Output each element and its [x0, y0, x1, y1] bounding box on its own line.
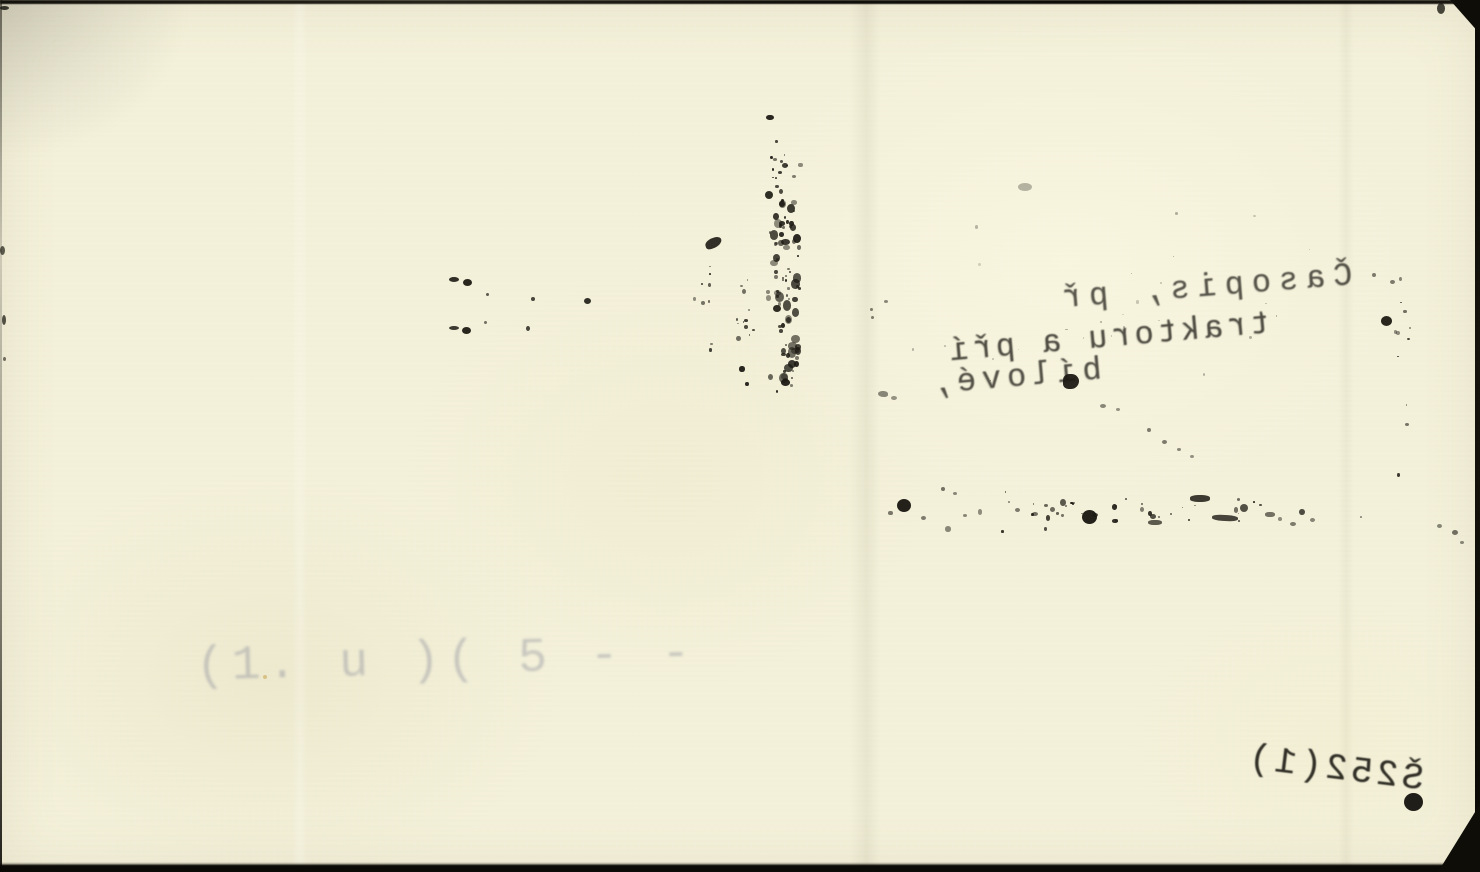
ink-speck	[1460, 541, 1464, 544]
ink-speck	[1141, 503, 1143, 504]
ink-speck	[1115, 519, 1118, 522]
ink-speck	[795, 344, 801, 349]
ink-speck	[795, 347, 800, 352]
ink-speck	[1032, 512, 1038, 516]
ink-speck	[788, 347, 797, 357]
ink-speck	[1240, 504, 1248, 512]
ink-speck	[978, 263, 981, 266]
ink-speck	[783, 300, 792, 311]
ink-speck	[0, 6, 9, 10]
ink-speck	[1175, 212, 1178, 215]
ink-speck	[773, 158, 777, 161]
ink-speck	[884, 300, 888, 303]
ink-speck	[1150, 514, 1156, 519]
ink-speck	[1008, 501, 1011, 503]
ink-speck	[708, 283, 711, 287]
scan-corner-bottom-right	[1438, 804, 1480, 872]
ink-speck	[797, 245, 801, 250]
ink-speck	[740, 285, 743, 287]
ink-speck	[785, 315, 792, 323]
ink-speck	[1452, 530, 1458, 535]
ink-speck	[793, 273, 801, 282]
bleed-text-line-3: bílové,	[901, 351, 1103, 405]
corner-smudge	[0, 0, 190, 160]
ink-speck	[798, 163, 802, 166]
ink-speck	[792, 239, 797, 245]
ink-speck	[781, 353, 786, 357]
ink-speck	[1044, 527, 1048, 531]
ink-speck	[776, 290, 779, 293]
ink-speck	[978, 509, 982, 514]
ink-speck	[1100, 404, 1106, 408]
ink-speck	[870, 308, 873, 311]
ink-speck	[776, 258, 779, 261]
ink-speck	[709, 266, 711, 268]
ink-speck	[1407, 338, 1410, 340]
ink-speck	[1148, 511, 1152, 516]
ink-speck	[1299, 509, 1304, 515]
ink-speck	[779, 329, 783, 333]
ink-speck	[781, 323, 785, 328]
ink-speck	[1122, 314, 1123, 315]
ink-speck	[787, 268, 789, 270]
ink-speck	[1259, 504, 1261, 507]
ink-speck	[769, 231, 771, 234]
ink-speck	[891, 396, 897, 400]
ink-speck	[1177, 448, 1181, 451]
ink-speck	[783, 378, 787, 381]
faint-pencil-note: (1. u )( 5 - -	[195, 627, 698, 694]
ink-speck	[1158, 516, 1160, 518]
ink-speck	[1015, 508, 1020, 512]
ink-speck	[708, 300, 710, 302]
ink-speck	[792, 370, 794, 372]
ink-speck	[953, 492, 957, 495]
ink-speck	[785, 279, 787, 282]
ink-speck	[774, 219, 783, 228]
ink-speck	[1092, 513, 1098, 517]
ink-speck	[791, 200, 797, 205]
ink-speck	[1237, 498, 1240, 501]
ink-speck	[462, 327, 471, 334]
ink-speck	[1396, 331, 1400, 335]
ink-speck	[779, 221, 785, 226]
ink-speck	[1212, 514, 1238, 521]
ink-speck	[1065, 505, 1067, 507]
ink-speck	[775, 140, 777, 143]
ink-speck	[768, 374, 773, 380]
ink-speck	[704, 236, 723, 251]
scan-edge-bottom	[0, 862, 1480, 872]
ink-speck	[710, 343, 713, 346]
ink-speck	[798, 287, 801, 290]
ink-speck	[1115, 505, 1117, 507]
ink-speck	[766, 290, 770, 294]
ink-speck	[584, 298, 591, 304]
ink-speck	[772, 168, 775, 171]
ink-speck	[1182, 507, 1184, 508]
ink-speck	[1050, 507, 1055, 512]
ink-speck	[791, 377, 793, 379]
ink-speck	[1403, 310, 1406, 313]
ink-speck	[1125, 498, 1127, 500]
ink-speck	[1238, 513, 1240, 514]
bleed-call-number: Š252(1)	[1236, 737, 1426, 800]
ink-speck	[776, 295, 779, 298]
ink-speck	[779, 373, 788, 383]
ink-speck	[1372, 273, 1376, 277]
ink-speck	[742, 289, 747, 295]
ink-speck	[775, 242, 777, 245]
ink-speck	[793, 210, 796, 213]
ink-speck	[1381, 316, 1392, 326]
ink-speck	[1278, 517, 1283, 521]
ink-speck	[786, 353, 790, 358]
ink-speck	[1033, 503, 1035, 505]
ink-speck	[2, 315, 6, 325]
ink-speck	[1162, 440, 1167, 444]
ink-speck	[693, 297, 697, 301]
ink-speck	[789, 271, 791, 273]
ink-speck	[1173, 256, 1174, 257]
ink-speck	[781, 373, 788, 380]
ink-speck	[945, 526, 951, 532]
ink-speck	[449, 326, 459, 330]
ink-speck	[1071, 502, 1074, 505]
ink-speck	[773, 213, 779, 220]
ink-speck	[1112, 519, 1117, 523]
ink-speck	[783, 370, 786, 372]
ink-speck	[788, 360, 796, 368]
ink-speck	[975, 225, 978, 229]
ink-speck	[792, 297, 797, 303]
ink-speck	[752, 329, 754, 331]
ink-speck	[774, 290, 781, 296]
ink-speck	[774, 275, 778, 279]
ink-speck	[3, 357, 6, 361]
ink-speck	[782, 279, 784, 281]
ink-speck	[1188, 519, 1190, 520]
ink-speck	[1190, 455, 1194, 458]
ink-speck	[1044, 504, 1048, 507]
ink-speck	[1070, 502, 1072, 504]
ink-speck	[779, 232, 785, 237]
ink-speck	[709, 348, 713, 352]
ink-speck	[709, 273, 711, 275]
ink-speck	[775, 185, 779, 188]
ink-speck	[739, 366, 744, 371]
ink-speck	[1140, 507, 1144, 512]
ink-speck	[1399, 277, 1403, 282]
scan-edge-top	[0, 0, 1480, 4]
ink-speck	[794, 361, 799, 367]
ink-speck	[774, 242, 777, 245]
ink-speck	[778, 325, 781, 328]
ink-speck	[770, 230, 778, 239]
ink-speck	[1060, 499, 1066, 506]
ink-speck	[765, 191, 773, 199]
ink-speck	[795, 347, 801, 355]
scan-edge-left	[0, 0, 2, 872]
ink-speck	[788, 298, 790, 301]
ink-speck	[772, 177, 774, 179]
ink-speck	[1082, 510, 1097, 524]
ink-speck	[791, 335, 800, 343]
ink-speck	[786, 317, 791, 323]
ink-speck	[1394, 330, 1398, 334]
ink-speck	[878, 391, 888, 397]
ink-speck	[1112, 504, 1117, 510]
ink-speck	[531, 297, 535, 301]
scanned-card: Časopis, př traktoru a pří bílové, Š252(…	[0, 0, 1480, 872]
ink-speck	[1116, 408, 1120, 411]
ink-speck	[780, 160, 783, 163]
ink-speck	[779, 189, 783, 194]
ink-speck	[788, 342, 798, 350]
ink-speck	[701, 283, 703, 285]
ink-speck	[790, 384, 793, 387]
ink-speck	[787, 287, 790, 290]
ink-speck	[1437, 3, 1445, 14]
ink-speck	[449, 277, 459, 282]
ink-speck	[871, 316, 874, 319]
ink-speck	[921, 516, 926, 520]
ink-speck	[1390, 280, 1395, 284]
ink-speck	[701, 301, 705, 305]
ink-speck	[778, 240, 784, 246]
ink-speck	[778, 171, 782, 174]
ink-speck	[486, 293, 489, 296]
ink-speck	[1437, 524, 1442, 528]
ink-speck	[748, 309, 750, 311]
ink-speck	[778, 302, 781, 305]
ink-speck	[773, 254, 780, 262]
ink-speck	[792, 308, 799, 316]
ink-speck	[789, 225, 792, 228]
ink-speck	[749, 334, 751, 336]
ink-speck	[782, 163, 788, 168]
ink-speck	[1018, 183, 1032, 191]
ink-speck	[1061, 514, 1063, 516]
ink-speck	[1147, 428, 1151, 432]
ink-speck	[784, 364, 792, 372]
ink-speck	[766, 115, 774, 121]
ink-speck	[783, 245, 790, 251]
ink-speck	[1397, 356, 1399, 357]
ink-speck	[770, 260, 778, 267]
ink-speck	[773, 305, 781, 312]
ink-speck	[1360, 516, 1362, 518]
scan-edge-right	[1475, 0, 1480, 872]
ink-speck	[791, 279, 799, 289]
ink-speck	[786, 294, 788, 297]
ink-speck	[1194, 505, 1196, 507]
ink-speck	[775, 292, 783, 302]
ink-speck	[766, 295, 771, 301]
ink-speck	[1238, 520, 1240, 522]
ink-speck	[526, 326, 530, 331]
ink-speck	[736, 318, 738, 320]
ink-speck	[1253, 215, 1255, 217]
ink-speck	[781, 348, 786, 354]
ink-speck	[1265, 303, 1267, 304]
scan-corner-top-right	[1450, 0, 1480, 34]
ink-speck	[790, 224, 796, 231]
ink-speck	[744, 325, 748, 329]
ink-speck	[781, 199, 784, 202]
paper-crease	[292, 0, 308, 872]
ink-speck	[1046, 515, 1050, 520]
ink-speck	[1265, 512, 1275, 517]
ink-speck	[775, 177, 777, 179]
ink-speck	[897, 499, 911, 512]
ink-speck	[779, 201, 785, 207]
ink-speck	[785, 344, 787, 346]
paper-crease	[850, 0, 880, 872]
ink-speck	[1253, 501, 1255, 503]
ink-speck	[0, 246, 5, 255]
ink-speck	[785, 275, 787, 278]
ink-speck	[782, 226, 784, 228]
ink-speck	[1056, 512, 1060, 515]
ink-speck	[792, 175, 796, 178]
ink-speck	[1170, 513, 1172, 515]
ink-speck	[781, 379, 790, 386]
ink-speck	[797, 255, 800, 257]
ink-speck	[1234, 507, 1239, 512]
ink-speck	[1031, 513, 1034, 516]
ink-speck	[747, 279, 749, 281]
ink-speck	[1309, 249, 1310, 251]
ink-speck	[737, 323, 739, 324]
ink-speck	[1409, 327, 1411, 329]
ink-speck	[786, 165, 788, 166]
ink-speck	[1290, 522, 1296, 526]
ink-speck	[796, 285, 799, 288]
ink-speck	[744, 319, 748, 322]
paper-crease	[1338, 0, 1354, 872]
ink-speck	[745, 382, 749, 386]
ink-speck	[463, 279, 472, 286]
ink-speck	[912, 348, 915, 350]
ink-speck	[784, 154, 786, 156]
ink-speck	[963, 514, 967, 517]
ink-speck	[779, 224, 782, 228]
ink-speck	[1148, 520, 1162, 525]
ink-speck	[888, 511, 892, 515]
ink-speck	[1310, 518, 1315, 522]
ink-speck	[776, 390, 778, 393]
ink-speck	[1203, 373, 1205, 376]
ink-speck	[793, 234, 801, 243]
ink-speck	[770, 156, 773, 159]
ink-speck	[1397, 473, 1400, 477]
ink-speck	[1001, 530, 1005, 533]
ink-speck	[1005, 491, 1007, 493]
ink-speck	[1400, 302, 1402, 304]
ink-speck	[782, 277, 784, 279]
ink-speck	[1072, 503, 1074, 505]
ink-speck	[786, 220, 789, 223]
ink-speck	[784, 216, 787, 219]
ink-speck	[736, 336, 741, 341]
ink-speck	[484, 321, 487, 324]
ink-speck	[774, 270, 778, 274]
ink-speck	[743, 321, 745, 323]
ink-speck	[1276, 315, 1277, 317]
ink-speck	[795, 356, 799, 360]
ink-speck	[791, 348, 799, 354]
ink-speck	[779, 200, 786, 208]
ink-speck	[1081, 513, 1083, 515]
ink-speck	[941, 487, 945, 491]
ink-speck	[1190, 495, 1210, 502]
ink-speck	[1405, 423, 1409, 426]
ink-speck	[1406, 404, 1408, 406]
ink-speck	[789, 221, 793, 226]
ink-speck	[787, 204, 795, 214]
ink-speck	[781, 239, 789, 245]
